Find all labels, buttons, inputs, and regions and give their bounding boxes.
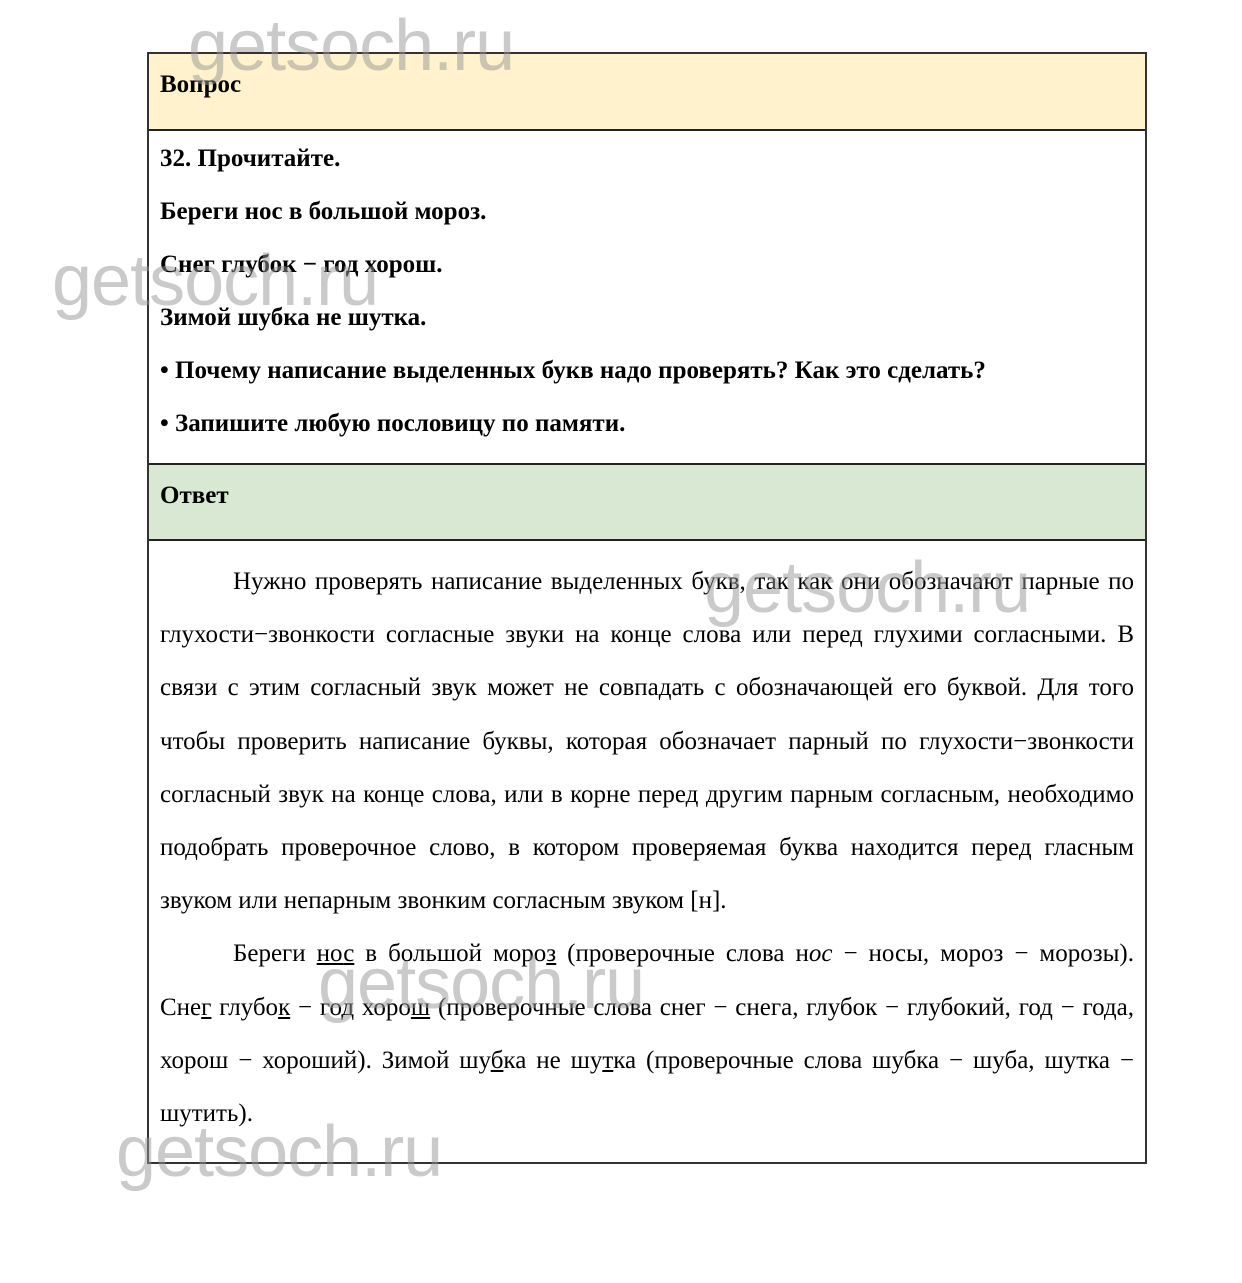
text-segment: ос [809,940,833,967]
text-segment: − го [290,994,341,1021]
question-header: Вопрос [149,54,1145,131]
highlighted-letter: ш [411,994,430,1021]
text-segment: ка не шу [503,1047,602,1074]
highlighted-letter: г [201,994,211,1021]
text-segment: в большой моро [354,940,546,967]
answer-paragraph-2: Береги нос в большой мороз (проверочные … [160,927,1134,1140]
highlighted-letter: б [491,1047,504,1074]
answer-body: Нужно проверять написание выделенных бук… [149,541,1145,1162]
highlighted-letter: з [546,940,556,967]
answer-header-label: Ответ [160,482,229,509]
proverb-line: Зимой шубка не шутка. [160,304,1134,331]
text-segment: хоро [354,994,411,1021]
question-header-label: Вопрос [160,71,241,98]
text-segment: Береги [233,940,317,967]
highlighted-letter: д [341,994,354,1021]
question-body: 32. Прочитайте. Береги нос в большой мор… [149,131,1145,463]
highlighted-letter: т [602,1047,613,1074]
question-title: 32. Прочитайте. [160,145,1134,172]
task-bullet: • Запишите любую пословицу по памяти. [160,410,1134,437]
highlighted-letter: с [343,940,354,967]
proverb-line: Береги нос в большой мороз. [160,198,1134,225]
task-bullet: • Почему написание выделенных букв надо … [160,357,1134,384]
highlighted-letter: к [278,994,290,1021]
text-segment: глубо [211,994,278,1021]
proverb-line: Снег глубок − год хорош. [160,251,1134,278]
qa-card: Вопрос 32. Прочитайте. Береги нос в боль… [147,52,1147,1164]
answer-paragraph-1: Нужно проверять написание выделенных бук… [160,555,1134,927]
answer-header: Ответ [149,463,1145,541]
text-segment: (проверочные слова н [556,940,809,967]
highlighted-letter: но [317,940,344,967]
